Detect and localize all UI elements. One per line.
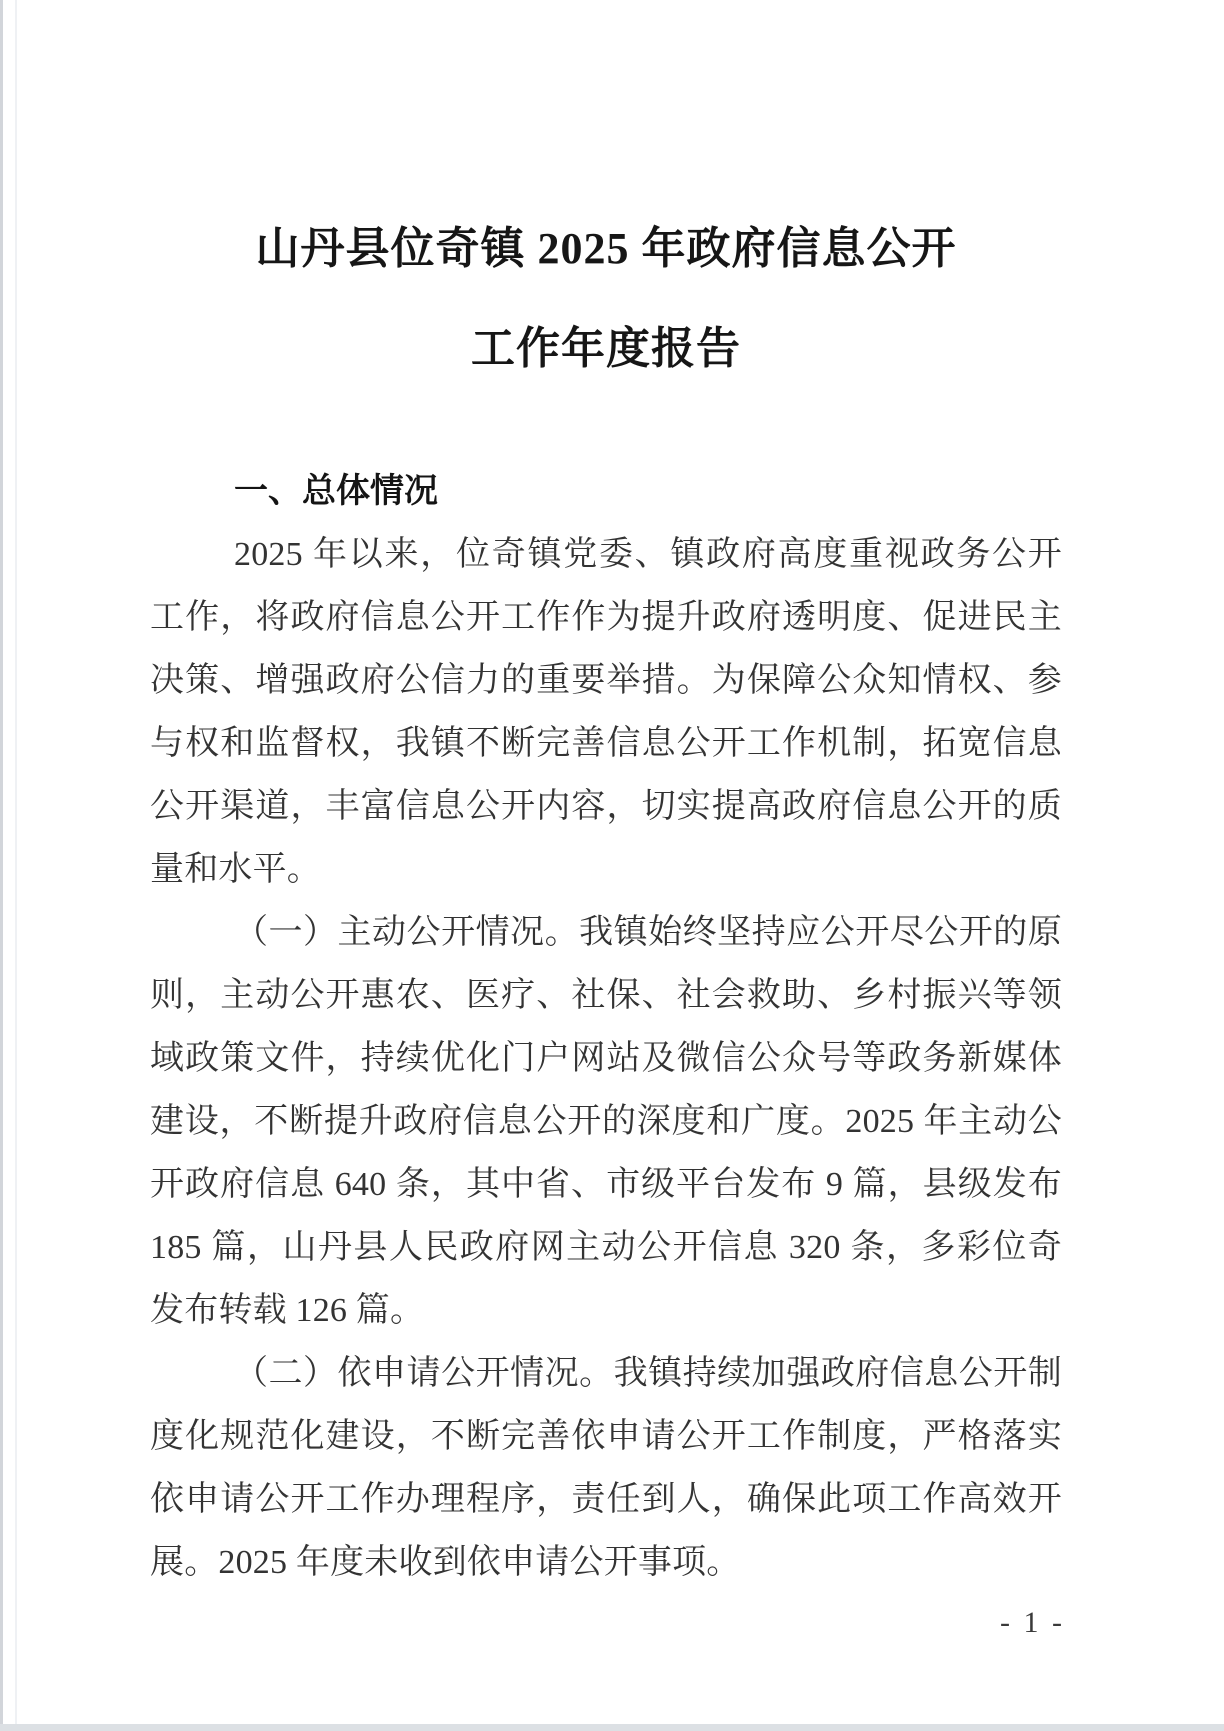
paragraph-disclosure-upon-request: （二）依申请公开情况。我镇持续加强政府信息公开制度化规范化建设，不断完善依申请公… — [150, 1342, 1062, 1594]
document-viewer: 山丹县位奇镇 2025 年政府信息公开 工作年度报告 一、总体情况 2025 年… — [0, 0, 1224, 1731]
viewer-bottom-edge — [0, 1724, 1224, 1731]
page-left-shadow — [15, 0, 17, 1731]
viewer-left-edge — [0, 0, 3, 1731]
paragraph-overview: 2025 年以来，位奇镇党委、镇政府高度重视政务公开工作，将政府信息公开工作作为… — [150, 523, 1062, 901]
document-title-line-1: 山丹县位奇镇 2025 年政府信息公开 — [150, 199, 1062, 299]
document-title: 山丹县位奇镇 2025 年政府信息公开 工作年度报告 — [150, 0, 1062, 399]
document-title-line-2: 工作年度报告 — [150, 299, 1062, 399]
document-page: 山丹县位奇镇 2025 年政府信息公开 工作年度报告 一、总体情况 2025 年… — [0, 0, 1224, 1731]
section-heading-overall-situation: 一、总体情况 — [150, 460, 1062, 523]
paragraph-proactive-disclosure: （一）主动公开情况。我镇始终坚持应公开尽公开的原则，主动公开惠农、医疗、社保、社… — [150, 901, 1062, 1342]
page-number: - 1 - — [150, 1606, 1065, 1640]
